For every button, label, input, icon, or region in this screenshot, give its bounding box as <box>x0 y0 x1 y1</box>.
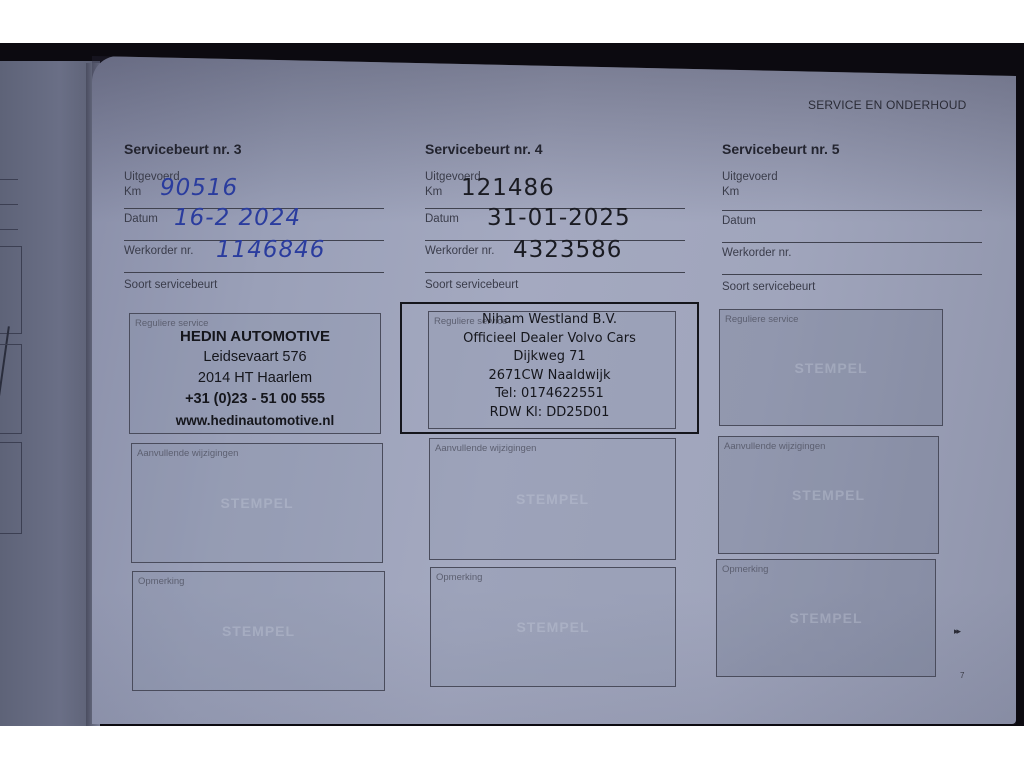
uitgevoerd-label: Uitgevoerd <box>722 171 982 187</box>
datum-value: 31-01-2025 <box>487 205 631 231</box>
soort-label: Soort servicebeurt <box>722 281 982 295</box>
werkorder-field: Werkorder nr. 4323586 <box>425 241 685 273</box>
service-title: Servicebeurt nr. 4 <box>425 141 685 157</box>
reguliere-service-box: Reguliere service STEMPEL <box>719 309 943 426</box>
form-line <box>0 229 18 230</box>
werkorder-value: 1146846 <box>216 237 325 263</box>
page-number: 7 <box>960 671 964 680</box>
opmerking-box: Opmerking STEMPEL <box>716 559 936 677</box>
service-entry-5: Servicebeurt nr. 5 Uitgevoerd Km Datum W… <box>722 141 982 295</box>
datum-value: 16-2 2024 <box>174 205 301 231</box>
stamp-placeholder: STEMPEL <box>132 495 382 511</box>
service-booklet-page: SERVICE EN ONDERHOUD Servicebeurt nr. 3 … <box>92 56 1016 724</box>
opmerking-box: Opmerking STEMPEL <box>132 571 385 691</box>
box-label: Opmerking <box>436 572 482 583</box>
aanvullende-box: Aanvullende wijzigingen STEMPEL <box>131 443 383 563</box>
werkorder-value: 4323586 <box>513 237 622 263</box>
service-entry-3: Servicebeurt nr. 3 Uitgevoerd Km 90516 D… <box>124 141 384 293</box>
form-box <box>0 344 22 434</box>
km-value: 90516 <box>160 175 238 201</box>
stamp-phone: +31 (0)23 - 51 00 555 <box>130 389 380 410</box>
stamp-city: 2014 HT Haarlem <box>130 368 380 389</box>
km-label: Km <box>722 186 739 198</box>
werkorder-label: Werkorder nr. <box>722 247 791 259</box>
stamp-placeholder: STEMPEL <box>720 360 942 376</box>
service-title: Servicebeurt nr. 3 <box>124 141 384 157</box>
previous-page-edge <box>0 61 100 726</box>
stamp-placeholder: STEMPEL <box>719 487 938 503</box>
km-value: 121486 <box>461 175 555 201</box>
reguliere-service-box: Reguliere service HEDIN AUTOMOTIVE Leids… <box>129 313 381 434</box>
dealer-stamp-niham: Niham Westland B.V. Officieel Dealer Vol… <box>400 302 699 434</box>
km-label: Km <box>124 186 141 198</box>
soort-label: Soort servicebeurt <box>124 279 384 293</box>
soort-label: Soort servicebeurt <box>425 279 685 293</box>
photo-background: SERVICE EN ONDERHOUD Servicebeurt nr. 3 … <box>0 43 1024 726</box>
box-label: Reguliere service <box>725 314 798 325</box>
stamp-city: 2671CW Naaldwijk <box>402 367 697 386</box>
km-label: Km <box>425 186 442 198</box>
stamp-street: Dijkweg 71 <box>402 348 697 367</box>
aanvullende-box: Aanvullende wijzigingen STEMPEL <box>718 436 939 554</box>
stamp-placeholder: STEMPEL <box>430 491 675 507</box>
stamp-name: Niham Westland B.V. <box>402 311 697 330</box>
stamp-phone: Tel: 0174622551 <box>402 385 697 404</box>
werkorder-label: Werkorder nr. <box>425 245 494 257</box>
dealer-stamp-hedin: HEDIN AUTOMOTIVE Leidsevaart 576 2014 HT… <box>130 326 380 431</box>
stamp-name: HEDIN AUTOMOTIVE <box>130 326 380 347</box>
box-label: Aanvullende wijzigingen <box>724 441 825 452</box>
stamp-placeholder: STEMPEL <box>431 619 675 635</box>
datum-field: Datum <box>722 211 982 243</box>
stamp-placeholder: STEMPEL <box>717 610 935 626</box>
box-label: Opmerking <box>722 564 768 575</box>
box-label: Aanvullende wijzigingen <box>137 448 238 459</box>
werkorder-label: Werkorder nr. <box>124 245 193 257</box>
stamp-website: www.hedinautomotive.nl <box>130 410 380 431</box>
datum-label: Datum <box>124 213 158 225</box>
aanvullende-box: Aanvullende wijzigingen STEMPEL <box>429 438 676 560</box>
section-title: SERVICE EN ONDERHOUD <box>808 98 966 112</box>
stamp-street: Leidsevaart 576 <box>130 347 380 368</box>
form-box <box>0 442 22 534</box>
form-line <box>0 179 18 180</box>
box-label: Opmerking <box>138 576 184 587</box>
stamp-placeholder: STEMPEL <box>133 623 384 639</box>
next-page-arrows-icon: ▸▸ <box>954 626 959 637</box>
form-line <box>0 204 18 205</box>
service-title: Servicebeurt nr. 5 <box>722 141 982 157</box>
datum-label: Datum <box>722 215 756 227</box>
stamp-dealer: Officieel Dealer Volvo Cars <box>402 330 697 349</box>
km-field: Km <box>722 187 982 211</box>
werkorder-field: Werkorder nr. 1146846 <box>124 241 384 273</box>
werkorder-field: Werkorder nr. <box>722 243 982 275</box>
datum-label: Datum <box>425 213 459 225</box>
form-box <box>0 246 22 334</box>
opmerking-box: Opmerking STEMPEL <box>430 567 676 687</box>
service-entry-4: Servicebeurt nr. 4 Uitgevoerd Km 121486 … <box>425 141 685 293</box>
box-label: Aanvullende wijzigingen <box>435 443 536 454</box>
stamp-rdw: RDW Kl: DD25D01 <box>402 404 697 423</box>
